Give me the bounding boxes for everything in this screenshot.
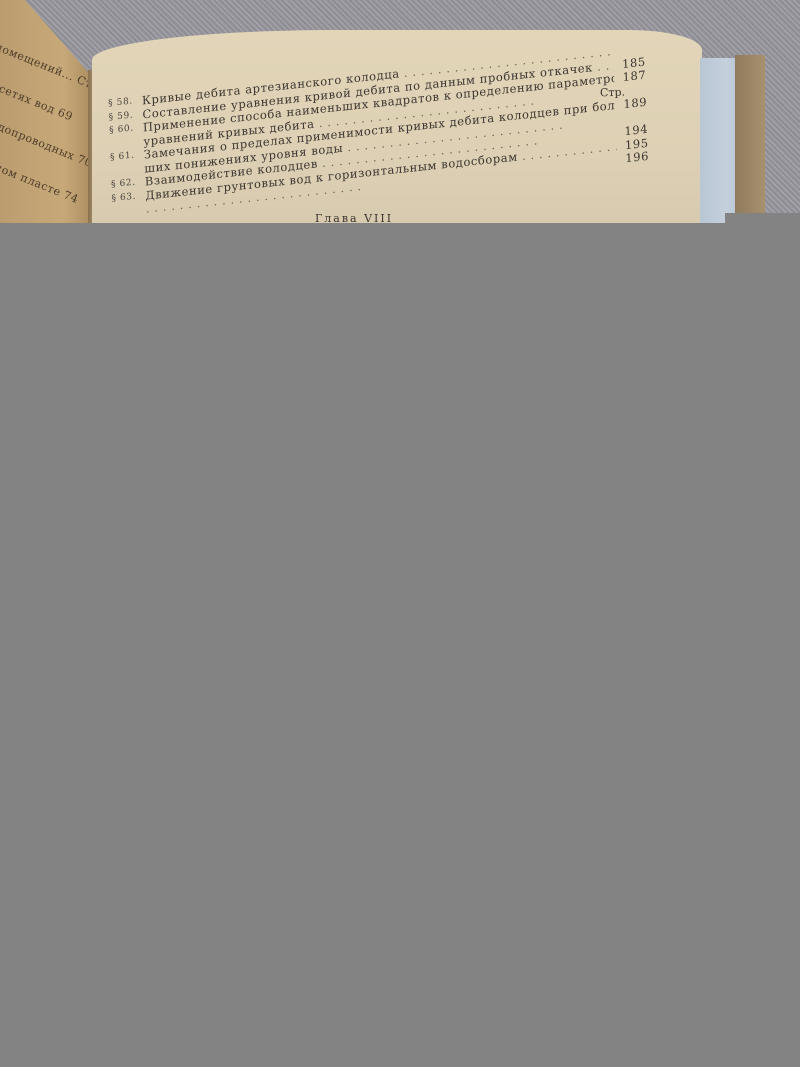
book-photo: помещений... Стр х сетях вод 69 водопров…	[0, 0, 800, 223]
cardboard-edge	[735, 55, 765, 223]
left-page-text: помещений... Стр	[0, 40, 101, 94]
left-page-text: водопроводных 70	[0, 115, 94, 170]
left-page: помещений... Стр х сетях вод 69 водопров…	[0, 0, 95, 223]
chapter-heading: Глава VIII	[315, 212, 393, 223]
left-page-text: х сетях вод 69	[0, 78, 75, 123]
redaction-area	[0, 223, 800, 1067]
left-page-text: одном пласте 74	[0, 155, 80, 206]
